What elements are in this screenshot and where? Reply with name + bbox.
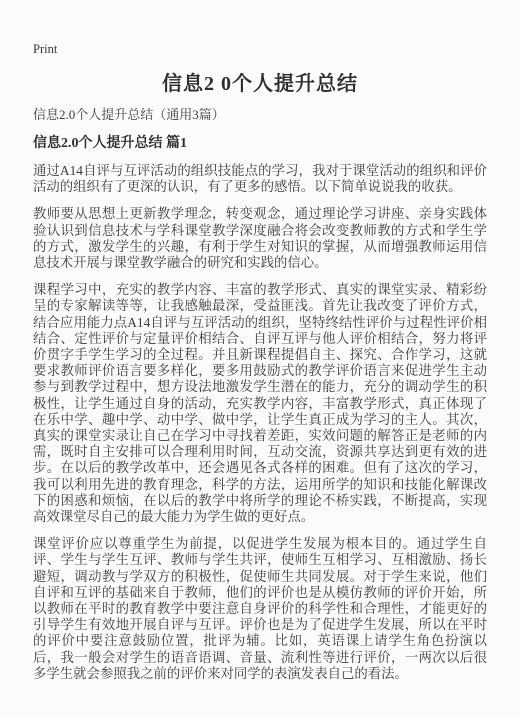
paragraph-1: 通过A14自评与互评活动的组织技能点的学习，我对于课堂活动的组织和评价活动的组织…: [33, 163, 487, 195]
section-heading-part1: 信息2.0个人提升总结 篇1: [33, 136, 487, 152]
paragraph-4: 课堂评价应以尊重学生为前提，以促进学生发展为根本目的。通过学生自评、学生与学生互…: [33, 536, 487, 682]
document-title: 信息2 0个人提升总结: [33, 73, 487, 95]
paragraph-2: 教师要从思想上更新教学理念，转变观念，通过理论学习讲座、亲身实践体验认识到信息技…: [33, 206, 487, 271]
document-page: Print 信息2 0个人提升总结 信息2.0个人提升总结（通用3篇） 信息2.…: [0, 0, 520, 718]
print-button[interactable]: Print: [33, 43, 57, 56]
document-subtitle: 信息2.0个人提升总结（通用3篇）: [33, 108, 487, 122]
paragraph-3: 课程学习中，充实的教学内容、丰富的教学形式、真实的课堂实录、精彩纷呈的专家解读等…: [33, 282, 487, 525]
